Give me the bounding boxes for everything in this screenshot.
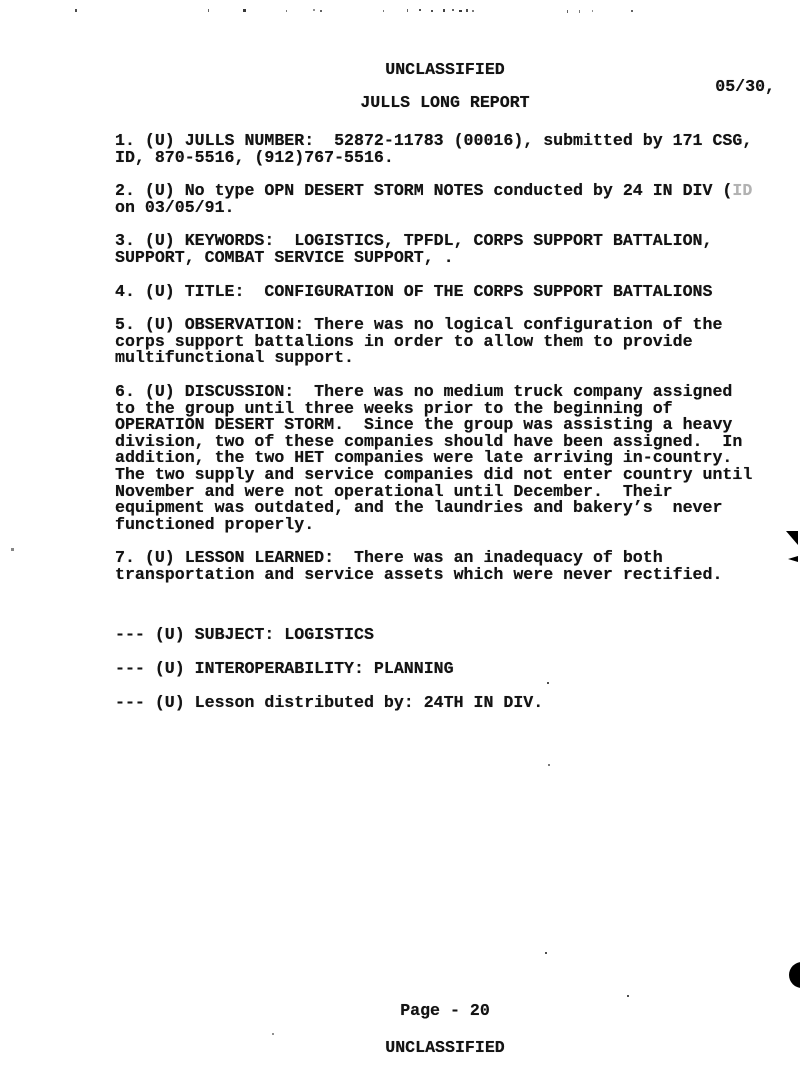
scan-speck — [313, 9, 315, 11]
scan-speck — [320, 10, 322, 12]
scan-speck — [592, 10, 593, 12]
scan-speck — [272, 1033, 274, 1035]
page-number: Page - 20 — [115, 1003, 775, 1020]
scan-speck — [579, 10, 580, 13]
paragraph-julls-number: 1. (U) JULLS NUMBER: 52872-11783 (00016)… — [115, 133, 785, 166]
scan-speck — [11, 548, 14, 551]
document-page: UNCLASSIFIED 05/30, JULLS LONG REPORT 1.… — [0, 0, 800, 1088]
paragraph-notes-line2: on 03/05/91. — [115, 200, 785, 217]
scan-speck — [459, 10, 462, 12]
scan-speck — [631, 10, 633, 12]
scan-hole-artifact — [789, 962, 800, 988]
paragraph-discussion: 6. (U) DISCUSSION: There was no medium t… — [115, 384, 785, 533]
scan-speck — [567, 10, 568, 13]
paragraph-keywords: 3. (U) KEYWORDS: LOGISTICS, TPFDL, CORPS… — [115, 233, 785, 266]
paragraph-lesson-learned: 7. (U) LESSON LEARNED: There was an inad… — [115, 550, 785, 583]
report-body: 1. (U) JULLS NUMBER: 52872-11783 (00016)… — [115, 133, 785, 711]
scan-speck — [419, 9, 421, 11]
scan-speck — [407, 9, 408, 12]
scan-speck — [243, 9, 246, 12]
distribution-line: --- (U) Lesson distributed by: 24TH IN D… — [115, 695, 785, 712]
paragraph-notes: 2. (U) No type OPN DESERT STORM NOTES co… — [115, 183, 785, 216]
classification-footer: UNCLASSIFIED — [115, 1040, 775, 1057]
report-title: JULLS LONG REPORT — [115, 95, 775, 112]
subject-line: --- (U) SUBJECT: LOGISTICS — [115, 627, 785, 644]
paragraph-notes-faded-text: ID — [732, 181, 752, 200]
scan-speck — [208, 9, 209, 12]
scan-speck — [627, 995, 629, 997]
scan-speck — [75, 9, 77, 12]
interoperability-line: --- (U) INTEROPERABILITY: PLANNING — [115, 661, 785, 678]
scan-speck — [545, 952, 547, 954]
scan-speck — [466, 9, 468, 12]
scan-triangle-artifact — [786, 531, 798, 545]
paragraph-title: 4. (U) TITLE: CONFIGURATION OF THE CORPS… — [115, 284, 785, 301]
scan-speck — [383, 10, 384, 12]
classification-header: UNCLASSIFIED — [115, 62, 775, 79]
scan-speck — [472, 10, 474, 12]
scan-speck — [286, 10, 287, 12]
scan-wedge-artifact — [788, 556, 798, 562]
paragraph-observation: 5. (U) OBSERVATION: There was no logical… — [115, 317, 785, 367]
scan-speck — [548, 764, 550, 766]
scan-speck — [443, 9, 445, 12]
scan-speck — [452, 9, 454, 11]
scan-speck — [431, 10, 433, 12]
